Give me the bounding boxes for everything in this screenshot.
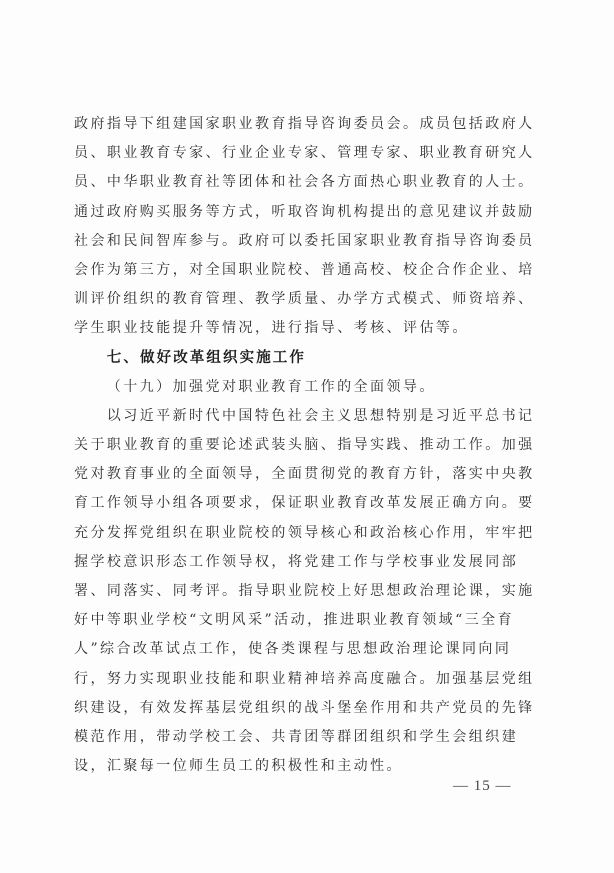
text-line: 党对教育事业的全面领导，全面贯彻党的教育方针，落实中央教 (74, 460, 536, 489)
text-line: 充分发挥党组织在职业院校的领导核心和政治核心作用，牢牢把 (74, 519, 536, 548)
text-line: 握学校意识形态工作领导权，将党建工作与学校事业发展同部 (74, 548, 536, 577)
subsection-heading: （十九）加强党对职业教育工作的全面领导。 (74, 373, 536, 402)
text-line: 育工作领导小组各项要求，保证职业教育改革发展正确方向。要 (74, 489, 536, 518)
text-line: 训评价组织的教育管理、教学质量、办学方式模式、师资培养、 (74, 285, 536, 314)
text-line: 署、同落实、同考评。指导职业院校上好思想政治理论课，实施 (74, 577, 536, 606)
text-line: 人”综合改革试点工作，使各类课程与思想政治理论课同向同 (74, 635, 536, 664)
text-line: 行，努力实现职业技能和职业精神培养高度融合。加强基层党组 (74, 665, 536, 694)
text-line: 关于职业教育的重要论述武装头脑、指导实践、推动工作。加强 (74, 431, 536, 460)
text-line: 以习近平新时代中国特色社会主义思想特别是习近平总书记 (74, 402, 536, 431)
document-page: 政府指导下组建国家职业教育指导咨询委员会。成员包括政府人 员、职业教育专家、行业… (0, 0, 614, 873)
text-line: 好中等职业学校“文明风采”活动，推进职业教育领域“三全育 (74, 606, 536, 635)
text-line: 社会和民间智库参与。政府可以委托国家职业教育指导咨询委员 (74, 227, 536, 256)
text-line: 政府指导下组建国家职业教育指导咨询委员会。成员包括政府人 (74, 110, 536, 139)
continued-paragraph: 政府指导下组建国家职业教育指导咨询委员会。成员包括政府人 员、职业教育专家、行业… (74, 110, 536, 344)
text-line: 设，汇聚每一位师生员工的积极性和主动性。 (74, 752, 536, 781)
text-line: 织建设，有效发挥基层党组织的战斗堡垒作用和共产党员的先锋 (74, 694, 536, 723)
page-content: 政府指导下组建国家职业教育指导咨询委员会。成员包括政府人 员、职业教育专家、行业… (74, 110, 536, 781)
section-paragraph: 以习近平新时代中国特色社会主义思想特别是习近平总书记 关于职业教育的重要论述武装… (74, 402, 536, 781)
text-line: 员、中华职业教育社等团体和社会各方面热心职业教育的人士。 (74, 168, 536, 197)
text-line: 模范作用，带动学校工会、共青团等群团组织和学生会组织建 (74, 723, 536, 752)
text-line: 员、职业教育专家、行业企业专家、管理专家、职业教育研究人 (74, 139, 536, 168)
section-heading: 七、做好改革组织实施工作 (74, 344, 536, 373)
text-line: 通过政府购买服务等方式，听取咨询机构提出的意见建议并鼓励 (74, 198, 536, 227)
page-number: — 15 — (453, 778, 512, 795)
text-line: 会作为第三方，对全国职业院校、普通高校、校企合作企业、培 (74, 256, 536, 285)
text-line: 学生职业技能提升等情况，进行指导、考核、评估等。 (74, 314, 536, 343)
